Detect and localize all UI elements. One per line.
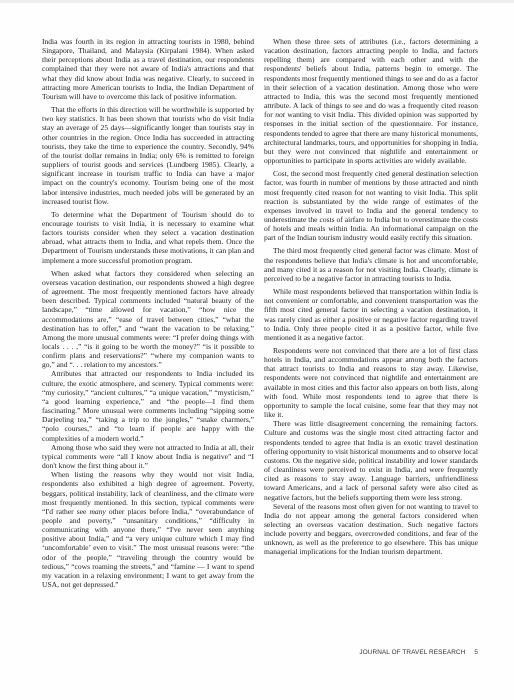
right-column: When these three sets of attributes (i.e… <box>264 37 478 557</box>
paragraph: When asked what factors they considered … <box>42 269 254 370</box>
text-run: other places before India,” “overabundan… <box>42 507 254 589</box>
paragraph: To determine what the Department of Tour… <box>42 210 254 265</box>
page-number: 5 <box>474 649 478 656</box>
paragraph: Several of the reasons most often given … <box>264 502 478 557</box>
paragraph: When these three sets of attributes (i.e… <box>264 37 478 165</box>
journal-name: JOURNAL OF TRAVEL RESEARCH <box>359 649 465 656</box>
paragraph: Among those who said they were not attra… <box>42 443 254 470</box>
text-run: wanting to visit India. This divided opi… <box>264 110 478 165</box>
page-top-edge <box>0 0 514 3</box>
emphasis: not <box>275 110 285 119</box>
paragraph: While most respondents believed that tra… <box>264 287 478 342</box>
paragraph: Respondents were not convinced that ther… <box>264 346 478 419</box>
paragraph: That the efforts in this direction will … <box>42 105 254 206</box>
text-run: When these three sets of attributes (i.e… <box>264 37 478 119</box>
paragraph: There was little disagreement concerning… <box>264 419 478 501</box>
emphasis: many <box>89 507 105 516</box>
paragraph: When listing the reasons why they would … <box>42 470 254 589</box>
paragraph: Cost, the second most frequently cited g… <box>264 169 478 242</box>
left-column: India was fourth in its region in attrac… <box>42 37 254 589</box>
paragraph: The third most frequently cited general … <box>264 246 478 283</box>
paragraph: Attributes that attracted our respondent… <box>42 369 254 442</box>
paragraph: India was fourth in its region in attrac… <box>42 37 254 101</box>
page-footer: JOURNAL OF TRAVEL RESEARCH5 <box>359 649 478 656</box>
